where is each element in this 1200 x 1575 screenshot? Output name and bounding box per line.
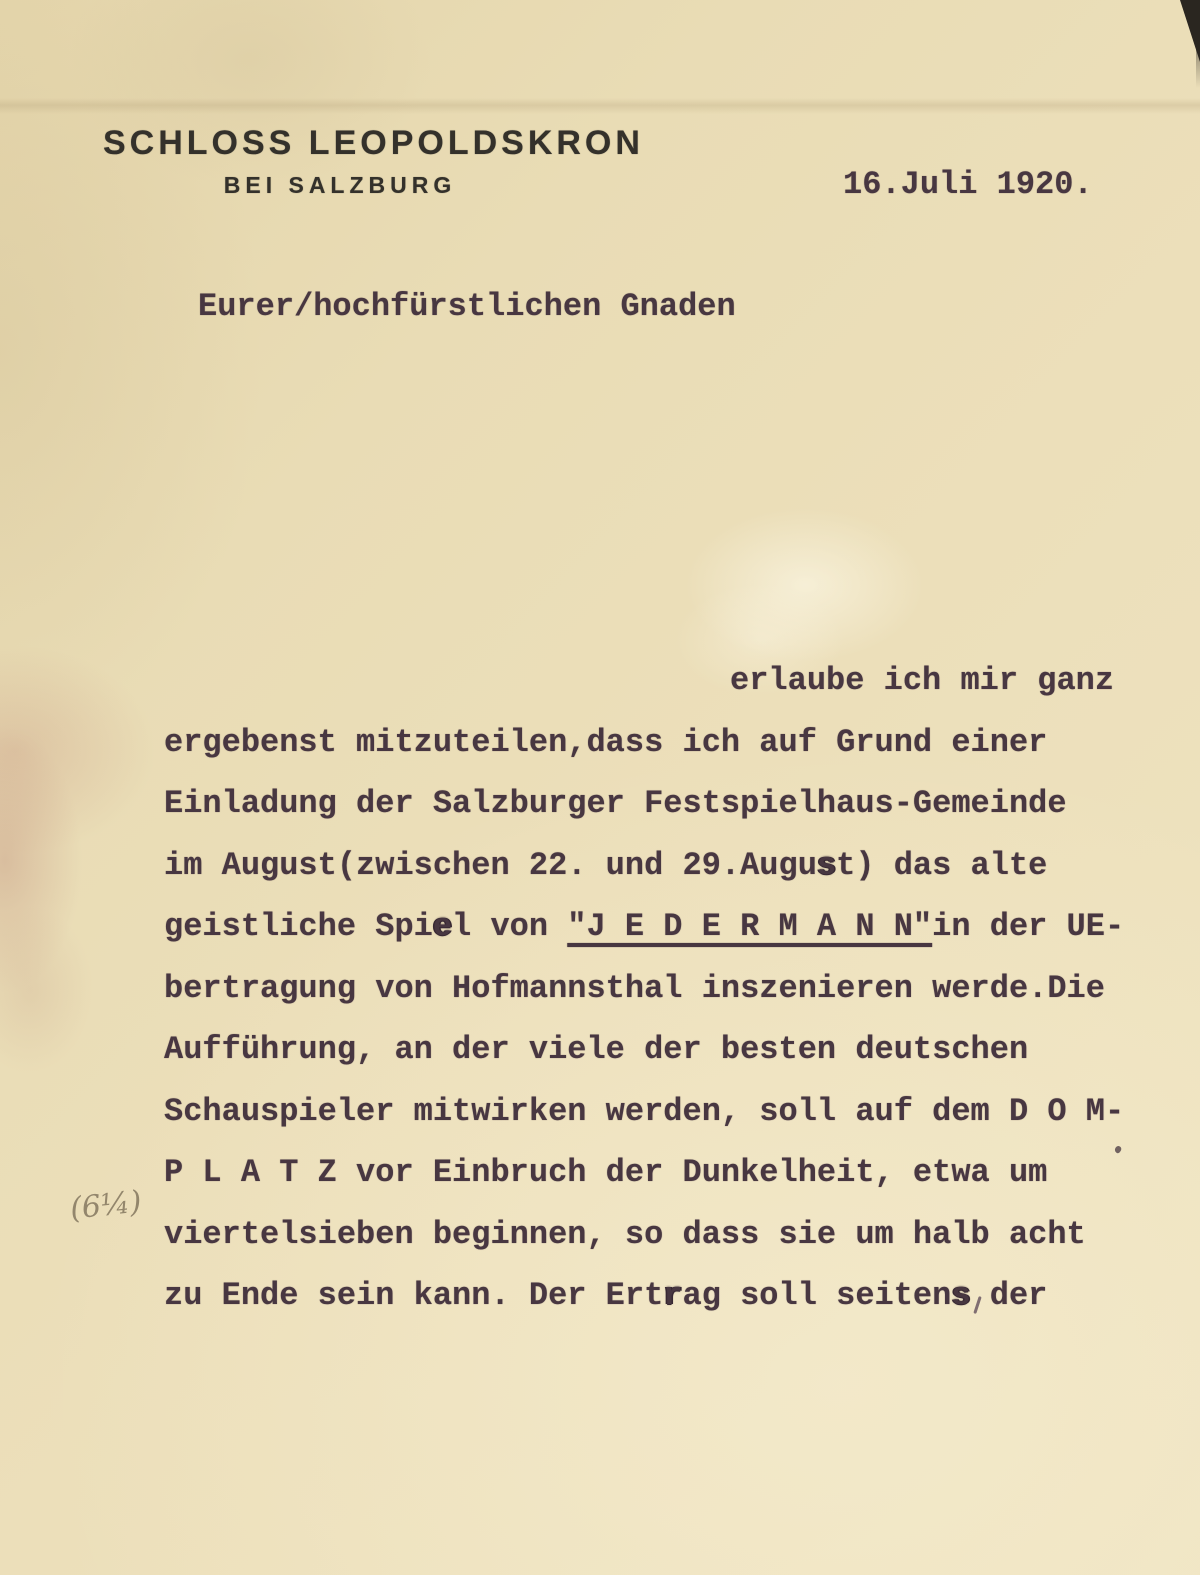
body-line-3: Einladung der Salzburger Festspielhaus-G… [164, 773, 1174, 835]
body-line-4: im August(zwischen 22. und 29.August) da… [164, 835, 1174, 897]
body-line-8: Schauspieler mitwirken werden, soll auf … [164, 1081, 1174, 1143]
scan-corner-edge [1196, 0, 1200, 88]
body-line-5-overstrike: e [433, 908, 452, 945]
body-line-5: geistliche Spiel von "J E D E R M A N N"… [164, 896, 1174, 958]
body-line-6: bertragung von Hofmannsthal inszenieren … [164, 958, 1174, 1020]
body-line-4-seg-b: t) das alte [836, 847, 1047, 884]
body-line-11-seg-b: ag soll seiten [682, 1277, 951, 1314]
body-line-11-overstrike-1: r [663, 1277, 682, 1314]
body-line-11-seg-a: zu Ende sein kann. Der Ert [164, 1277, 663, 1314]
body-line-1: erlaube ich mir ganz [164, 650, 1174, 712]
body-line-7: Aufführung, an der viele der besten deut… [164, 1019, 1174, 1081]
date-line: 16.Juli 1920. [843, 166, 1093, 203]
body-line-11: zu Ende sein kann. Der Ertrag soll seite… [164, 1265, 1174, 1327]
body-line-5-seg-a: geistliche Spi [164, 908, 433, 945]
salutation: Eurer/hochfürstlichen Gnaden [198, 288, 736, 325]
letterhead-location: BEI SALZBURG [103, 172, 577, 199]
body-line-5-seg-c: in der UE- [932, 908, 1124, 945]
body-line-2: ergebenst mitzuteilen,dass ich auf Grund… [164, 712, 1174, 774]
body-line-11-overstrike-2: s [951, 1277, 970, 1314]
body-line-11-seg-c: der [971, 1277, 1048, 1314]
body-line-9: P L A T Z vor Einbruch der Dunkelheit, e… [164, 1142, 1174, 1204]
letter-body: erlaube ich mir ganz ergebenst mitzuteil… [164, 650, 1174, 1327]
margin-note-pencil: (6¼) [68, 1184, 143, 1226]
letterhead-name: SCHLOSS LEOPOLDSKRON [103, 124, 577, 163]
body-line-5-underlined-title: "J E D E R M A N N" [567, 908, 932, 945]
body-line-4-overstrike: s [817, 847, 836, 884]
body-line-4-seg-a: im August(zwischen 22. und 29.Augu [164, 847, 817, 884]
letterhead: SCHLOSS LEOPOLDSKRON BEI SALZBURG [103, 124, 577, 199]
body-line-5-seg-b: l von [452, 908, 567, 945]
body-line-10: viertelsieben beginnen, so dass sie um h… [164, 1204, 1174, 1266]
letter-page: SCHLOSS LEOPOLDSKRON BEI SALZBURG 16.Jul… [0, 0, 1200, 1575]
scan-band [0, 98, 1200, 114]
